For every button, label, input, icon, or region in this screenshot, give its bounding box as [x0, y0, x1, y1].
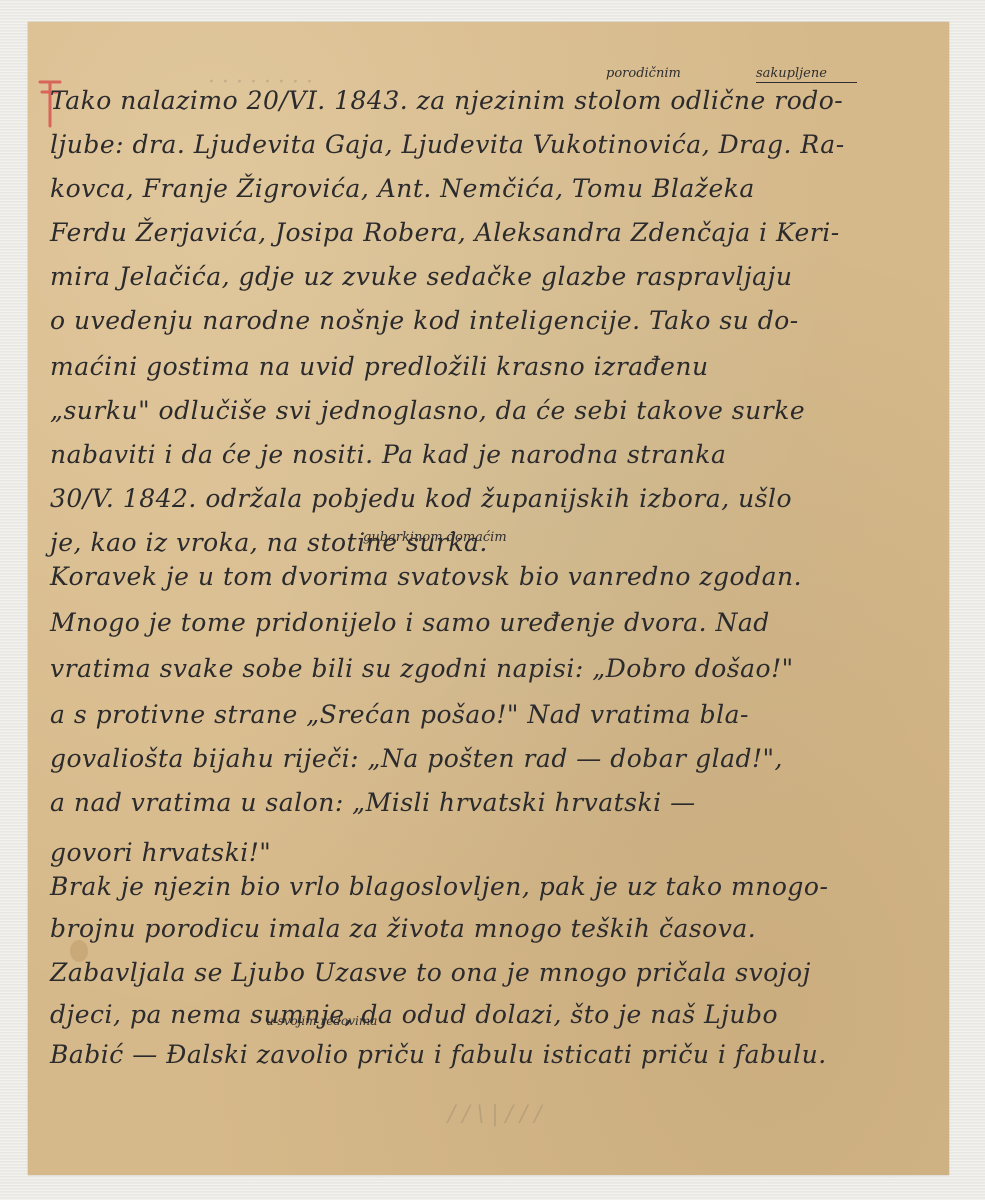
manuscript-page: · · · · · · · · / / \ | / / / porodičnim…	[28, 22, 949, 1175]
manuscript-line: a s protivne strane „Srećan pošao!" Nad …	[50, 700, 749, 729]
manuscript-line: a nad vratima u salon: „Misli hrvatski h…	[50, 788, 696, 817]
manuscript-line: Babić — Đalski zavolio priču i fabulu is…	[50, 1040, 827, 1069]
manuscript-line: Mnogo je tome pridonijelo i samo uređenj…	[50, 608, 770, 637]
manuscript-line: Zabavljala se Ljubo Uzasve to ona je mno…	[50, 958, 811, 987]
manuscript-line: brojnu porodicu imala za života mnogo te…	[50, 914, 756, 943]
manuscript-line: kovca, Franje Žigrovića, Ant. Nemčića, T…	[50, 174, 755, 203]
manuscript-line: „surku" odlučiše svi jednoglasno, da će …	[50, 396, 805, 425]
manuscript-line: Ferdu Žerjavića, Josipa Robera, Aleksand…	[50, 218, 840, 247]
interlinear-insert: sakupljene	[756, 66, 857, 83]
manuscript-line: Tako nalazimo 20/VI. 1843. za njezinim s…	[50, 86, 843, 115]
manuscript-line: govori hrvatski!"	[50, 838, 271, 867]
manuscript-line: govaliošta bijahu riječi: „Na pošten rad…	[50, 744, 783, 773]
manuscript-line: vratima svake sobe bili su zgodni napisi…	[50, 654, 794, 683]
manuscript-line: nabaviti i da će je nositi. Pa kad je na…	[50, 440, 726, 469]
manuscript-line: djeci, pa nema sumnje, da odud dolazi, š…	[50, 1000, 778, 1029]
manuscript-line: ljube: dra. Ljudevita Gaja, Ljudevita Vu…	[50, 130, 845, 159]
bleed-through-text: / / \ | / / /	[448, 1102, 542, 1127]
manuscript-line: mira Jelačića, gdje uz zvuke sedačke gla…	[50, 262, 792, 291]
manuscript-line: je, kao iz vroka, na stotine surka.	[50, 528, 488, 557]
interlinear-insert: porodičnim	[606, 66, 681, 81]
manuscript-line: Koravek je u tom dvorima svatovsk bio va…	[50, 562, 802, 591]
manuscript-line: o uvedenju narodne nošnje kod inteligenc…	[50, 306, 799, 335]
manuscript-line: 30/V. 1842. održala pobjedu kod županijs…	[50, 484, 792, 513]
manuscript-line: Brak je njezin bio vrlo blagoslovljen, p…	[50, 872, 828, 901]
manuscript-line: maćini gostima na uvid predložili krasno…	[50, 352, 709, 381]
